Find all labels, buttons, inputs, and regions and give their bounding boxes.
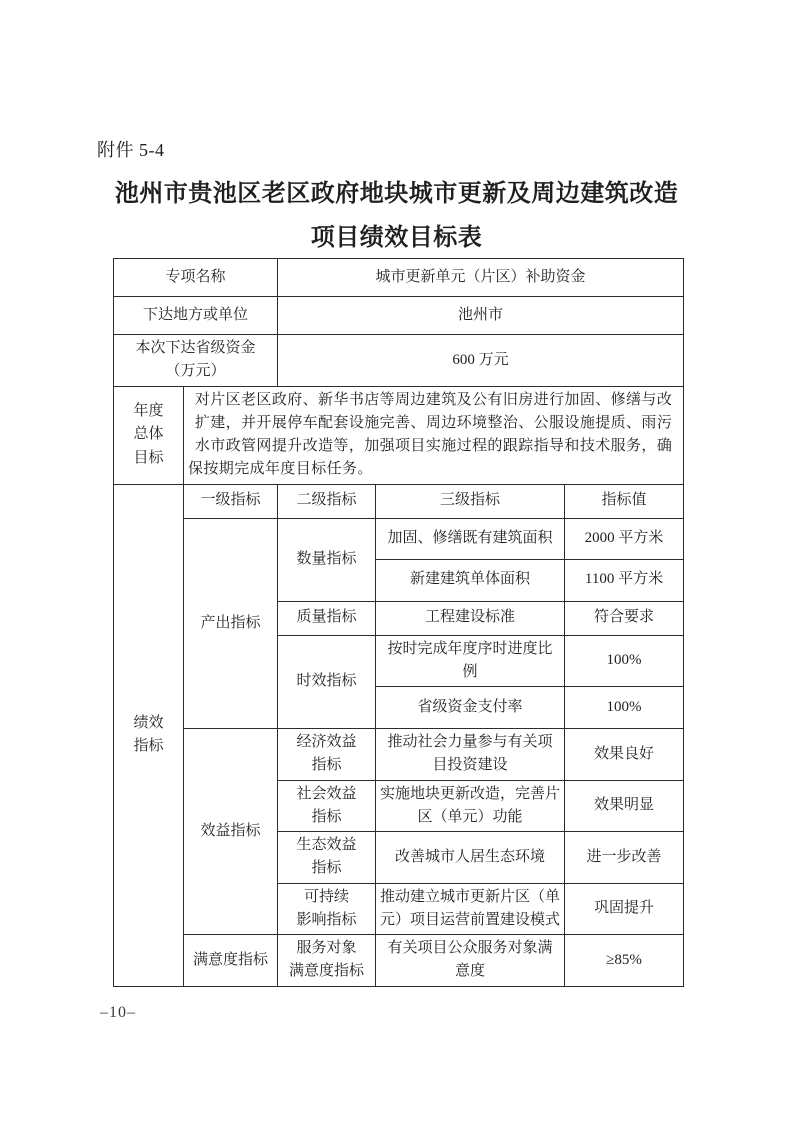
indicator-name: 推动建立城市更新片区（单 元）项目运营前置建设模式	[376, 883, 565, 935]
indicator-value: 100%	[565, 687, 684, 729]
document-title: 池州市贵池区老区政府地块城市更新及周边建筑改造 项目绩效目标表	[0, 172, 793, 260]
level1-output-indicators: 产出指标	[184, 518, 278, 729]
info-value-project-name: 城市更新单元（片区）补助资金	[278, 259, 684, 297]
indicator-name: 实施地块更新改造，完善片 区（单元）功能	[376, 780, 565, 832]
info-value-provincial-funds: 600 万元	[278, 335, 684, 387]
indicator-name: 改善城市人居生态环境	[376, 832, 565, 884]
indicator-value: 符合要求	[565, 601, 684, 635]
level2-social-benefit: 社会效益 指标	[278, 780, 376, 832]
annual-goal-text: 对片区老区政府、新华书店等周边建筑及公有旧房进行加固、修缮与改扩建，并开展停车配…	[184, 386, 684, 484]
indicator-value: 效果明显	[565, 780, 684, 832]
level2-economic-benefit: 经济效益 指标	[278, 729, 376, 781]
info-value-issued-to: 池州市	[278, 297, 684, 335]
level1-benefit-indicators: 效益指标	[184, 729, 278, 935]
level2-ecological-benefit: 生态效益 指标	[278, 832, 376, 884]
indicator-value: 进一步改善	[565, 832, 684, 884]
indicator-value: ≥85%	[565, 935, 684, 987]
document-title-line2: 项目绩效目标表	[0, 216, 793, 260]
document-page: 附件 5-4 池州市贵池区老区政府地块城市更新及周边建筑改造 项目绩效目标表 专…	[0, 0, 793, 1122]
indicator-name: 新建建筑单体面积	[376, 559, 565, 601]
indicator-value: 巩固提升	[565, 883, 684, 935]
performance-target-table: 专项名称 城市更新单元（片区）补助资金 下达地方或单位 池州市 本次下达省级资金…	[113, 258, 684, 987]
info-label-project-name: 专项名称	[114, 259, 278, 297]
info-label-provincial-funds: 本次下达省级资金 （万元）	[114, 335, 278, 387]
page-number: –10–	[100, 1004, 136, 1022]
level1-satisfaction-indicators: 满意度指标	[184, 935, 278, 987]
performance-indicators-side-label: 绩效 指标	[114, 484, 184, 986]
indicator-value: 100%	[565, 635, 684, 687]
level2-timeliness-indicators: 时效指标	[278, 635, 376, 729]
indicator-name: 工程建设标准	[376, 601, 565, 635]
indicator-name: 省级资金支付率	[376, 687, 565, 729]
indicator-value: 效果良好	[565, 729, 684, 781]
annual-goal-label: 年度 总体 目标	[114, 386, 184, 484]
level2-quality-indicators: 质量指标	[278, 601, 376, 635]
indicator-value: 2000 平方米	[565, 518, 684, 559]
level2-quantity-indicators: 数量指标	[278, 518, 376, 601]
level2-sustainability-impact: 可持续 影响指标	[278, 883, 376, 935]
header-level2: 二级指标	[278, 484, 376, 518]
indicator-name: 按时完成年度序时进度比 例	[376, 635, 565, 687]
header-level1: 一级指标	[184, 484, 278, 518]
indicator-name: 推动社会力量参与有关项 目投资建设	[376, 729, 565, 781]
indicator-value: 1100 平方米	[565, 559, 684, 601]
info-label-issued-to: 下达地方或单位	[114, 297, 278, 335]
header-value: 指标值	[565, 484, 684, 518]
level2-service-satisfaction: 服务对象 满意度指标	[278, 935, 376, 987]
attachment-label: 附件 5-4	[97, 136, 165, 162]
header-level3: 三级指标	[376, 484, 565, 518]
document-title-line1: 池州市贵池区老区政府地块城市更新及周边建筑改造	[0, 172, 793, 216]
indicator-name: 加固、修缮既有建筑面积	[376, 518, 565, 559]
indicator-name: 有关项目公众服务对象满 意度	[376, 935, 565, 987]
